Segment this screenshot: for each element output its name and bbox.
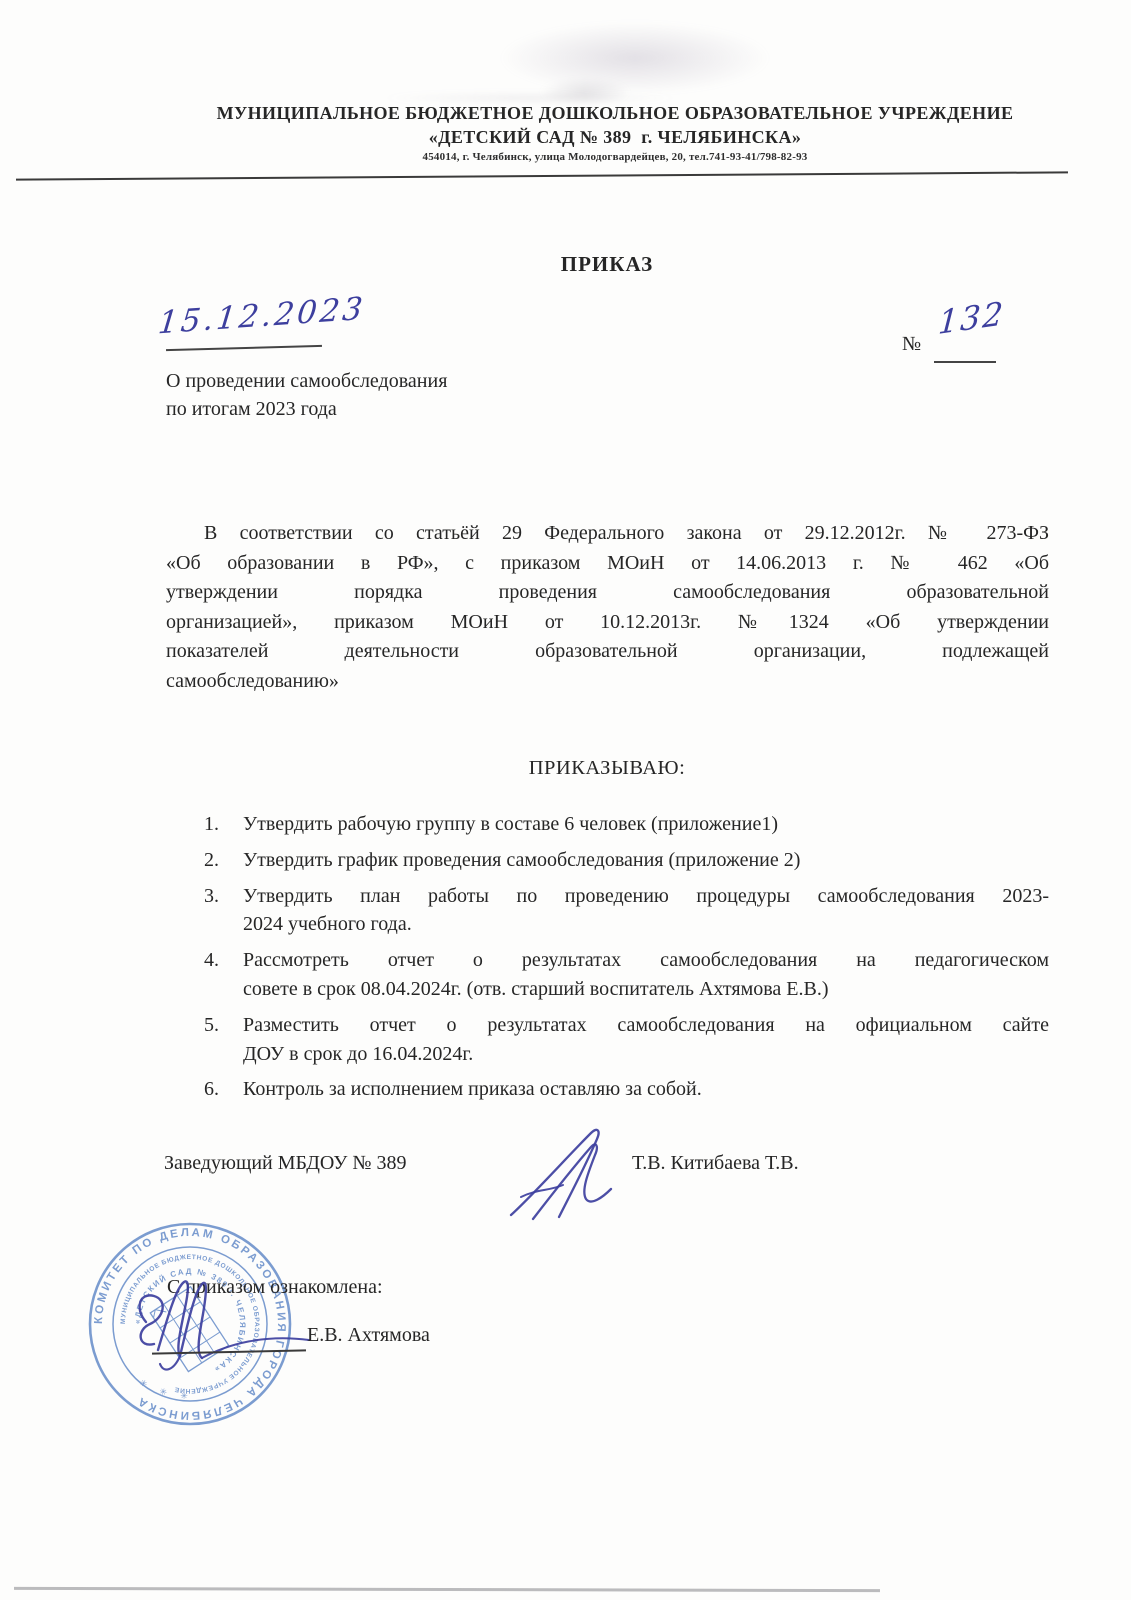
item-text: Утвердить план работы по проведению проц… xyxy=(243,882,1049,911)
item-text: Разместить отчет о результатах самообсле… xyxy=(243,1011,1049,1040)
order-item: 3. Утвердить план работы по проведению п… xyxy=(166,882,1049,940)
item-text: Рассмотреть отчет о результатах самообсл… xyxy=(243,946,1049,975)
item-text: Утвердить рабочую группу в составе 6 чел… xyxy=(243,810,1049,839)
item-number: 4. xyxy=(204,946,219,975)
preamble-line: самообследованию» xyxy=(166,667,1049,697)
preamble-line: В соответствии со статьёй 29 Федеральног… xyxy=(166,519,1049,549)
preamble-line: показателей деятельности образовательной… xyxy=(166,637,1049,667)
item-text: ДОУ в срок до 16.04.2024г. xyxy=(243,1040,1049,1069)
signature-name: Т.В. Китибаева Т.В. xyxy=(632,1152,799,1175)
letterhead-rule xyxy=(16,171,1068,181)
item-number: 6. xyxy=(204,1075,219,1104)
item-text: Утвердить график проведения самообследов… xyxy=(243,846,1049,875)
order-item: 2. Утвердить график проведения самообсле… xyxy=(166,846,1049,875)
order-item: 5. Разместить отчет о результатах самооб… xyxy=(166,1011,1049,1069)
preamble-paragraph: В соответствии со статьёй 29 Федеральног… xyxy=(166,519,1049,697)
acknowledgement-name: Е.В. Ахтямова xyxy=(307,1324,430,1347)
subject-line1: О проведении самообследования xyxy=(166,367,447,395)
order-item: 1. Утвердить рабочую группу в составе 6 … xyxy=(166,810,1049,839)
director-signature xyxy=(505,1123,625,1223)
doc-number-underline xyxy=(934,361,996,363)
scan-edge-line xyxy=(14,1587,880,1592)
item-text: Контроль за исполнением приказа оставляю… xyxy=(243,1075,1049,1104)
doc-number-label: № xyxy=(902,333,921,356)
preamble-line: «Об образовании в РФ», с приказом МОиН о… xyxy=(166,549,1049,579)
item-text: совете в срок 08.04.2024г. (отв. старший… xyxy=(243,975,1049,1004)
subject-line2: по итогам 2023 года xyxy=(166,395,447,423)
acknowledgement-signature xyxy=(124,1270,324,1375)
subject-block: О проведении самообследования по итогам … xyxy=(166,367,447,423)
org-address: 454014, г. Челябинск, улица Молодогварде… xyxy=(90,151,1131,163)
org-name-line1: МУНИЦИПАЛЬНОЕ БЮДЖЕТНОЕ ДОШКОЛЬНОЕ ОБРАЗ… xyxy=(90,102,1131,124)
item-number: 5. xyxy=(204,1011,219,1040)
item-text: 2024 учебного года. xyxy=(243,910,1049,939)
letterhead: МУНИЦИПАЛЬНОЕ БЮДЖЕТНОЕ ДОШКОЛЬНОЕ ОБРАЗ… xyxy=(90,102,1131,163)
bleedthrough-smudge xyxy=(500,22,770,94)
handwritten-doc-number: 132 xyxy=(937,294,1006,342)
preamble-line: утверждении порядка проведения самообсле… xyxy=(166,578,1049,608)
resolution-heading: ПРИКАЗЫВАЮ: xyxy=(166,757,1048,780)
document-page: МУНИЦИПАЛЬНОЕ БЮДЖЕТНОЕ ДОШКОЛЬНОЕ ОБРАЗ… xyxy=(0,0,1131,1600)
handwritten-date: 15.12.2023 xyxy=(156,291,367,342)
order-item: 4. Рассмотреть отчет о результатах самоо… xyxy=(166,946,1049,1004)
item-number: 1. xyxy=(204,810,219,839)
signature-position-label: Заведующий МБДОУ № 389 xyxy=(164,1152,406,1175)
order-item: 6. Контроль за исполнением приказа остав… xyxy=(166,1075,1049,1104)
item-number: 3. xyxy=(204,882,219,911)
order-items-list: 1. Утвердить рабочую группу в составе 6 … xyxy=(166,810,1049,1111)
date-underline xyxy=(166,345,322,352)
preamble-line: организацией», приказом МОиН от 10.12.20… xyxy=(166,608,1049,638)
item-number: 2. xyxy=(204,846,219,875)
org-name-line2: «ДЕТСКИЙ САД № 389 г. ЧЕЛЯБИНСКА» xyxy=(90,126,1131,148)
page-title: ПРИКАЗ xyxy=(166,252,1048,277)
